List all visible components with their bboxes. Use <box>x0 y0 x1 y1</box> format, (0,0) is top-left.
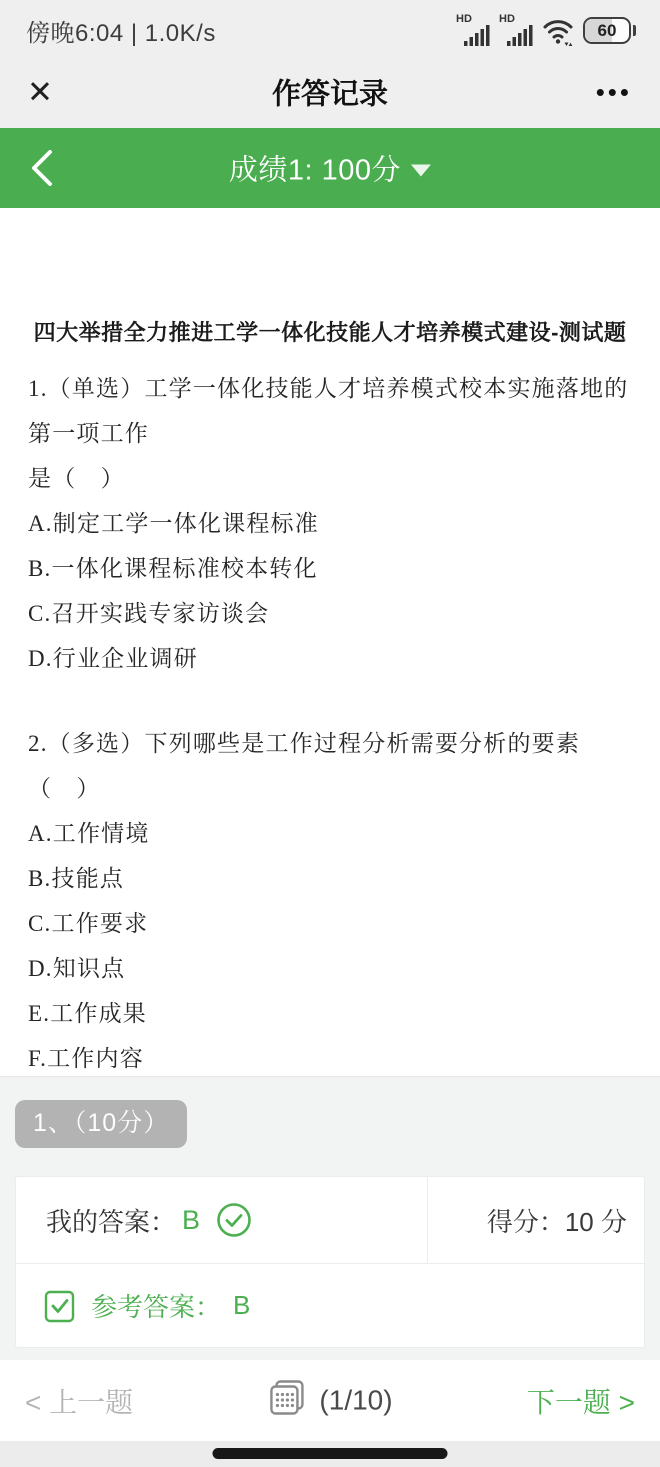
bottom-nav: < 上一题 (1/10) 下一题 > <box>0 1360 660 1441</box>
cell-signal-icon-2: HD <box>499 14 533 48</box>
answer-card-row-my-answer: 我的答案： B 得分： 10 分 <box>16 1177 644 1263</box>
my-answer-label: 我的答案： <box>46 1202 176 1239</box>
battery-tip <box>633 25 637 36</box>
more-icon[interactable]: ••• <box>596 79 632 105</box>
score-title: 成绩1: 100分 <box>229 148 401 189</box>
battery-icon: 60 <box>583 17 636 44</box>
screen: 傍晚6:04 | 1.0K/s HD HD <box>0 0 660 1467</box>
score-bar: 成绩1: 100分 <box>0 128 660 208</box>
status-icons: HD HD <box>456 14 636 48</box>
signal-bars <box>464 24 490 46</box>
question-1-option-c: C.召开实践专家访谈会 <box>28 591 632 636</box>
question-progress: (1/10) <box>319 1385 392 1417</box>
question-1-stem: 1.（单选）工学一体化技能人才培养模式校本实施落地的第一项工作 是（ ） <box>28 366 632 501</box>
my-answer-value: B <box>182 1205 200 1236</box>
score-cell: 得分： 10 分 <box>428 1177 644 1263</box>
back-icon[interactable] <box>24 148 60 188</box>
previous-question-button[interactable]: < 上一题 <box>25 1381 133 1421</box>
close-icon[interactable]: ✕ <box>18 76 62 107</box>
check-circle-icon <box>216 1202 252 1238</box>
next-question-button[interactable]: 下一题 > <box>527 1381 635 1421</box>
question-1-option-a: A.制定工学一体化课程标准 <box>28 501 632 546</box>
exam-document-scroll-area[interactable]: 四大举措全力推进工学一体化技能人才培养模式建设-测试题 1.（单选）工学一体化技… <box>0 208 660 1076</box>
page-title: 作答记录 <box>272 71 388 112</box>
question-sheet-button[interactable]: (1/10) <box>267 1377 392 1424</box>
question-2-option-d: D.知识点 <box>28 946 632 991</box>
my-answer-cell: 我的答案： B <box>16 1177 428 1263</box>
home-indicator-bar <box>213 1448 448 1459</box>
reference-answer-label: 参考答案： <box>91 1287 221 1324</box>
question-2-option-b: B.技能点 <box>28 856 632 901</box>
answer-card-row-reference: 参考答案： B <box>16 1263 644 1347</box>
question-1-option-d: D.行业企业调研 <box>28 636 632 681</box>
score-value: 10 分 <box>565 1202 627 1239</box>
exam-title: 四大举措全力推进工学一体化技能人才培养模式建设-测试题 <box>28 316 632 350</box>
answer-sheet-icon <box>267 1377 307 1424</box>
home-strip <box>0 1441 660 1467</box>
reference-answer-value: B <box>233 1290 250 1321</box>
answer-card: 我的答案： B 得分： 10 分 <box>15 1176 645 1348</box>
wifi-icon <box>542 15 574 47</box>
score-label: 得分： <box>487 1202 565 1239</box>
checkbox-checked-icon <box>44 1289 76 1323</box>
nav-bar: ✕ 作答记录 ••• <box>0 55 660 128</box>
signal-bars <box>507 24 533 46</box>
question-2-stem: 2.（多选）下列哪些是工作过程分析需要分析的要素（ ） <box>28 721 632 811</box>
question-1-option-b: B.一体化课程标准校本转化 <box>28 546 632 591</box>
battery-percent: 60 <box>585 19 629 42</box>
status-bar: 傍晚6:04 | 1.0K/s HD HD <box>0 0 660 55</box>
question-2-option-f: F.工作内容 <box>28 1036 632 1076</box>
spacer <box>28 681 632 721</box>
question-2-option-a: A.工作情境 <box>28 811 632 856</box>
status-time-speed: 傍晚6:04 | 1.0K/s <box>26 13 216 48</box>
score-dropdown-button[interactable]: 成绩1: 100分 <box>229 148 431 189</box>
cell-signal-icon: HD <box>456 14 490 48</box>
question-2-option-c: C.工作要求 <box>28 901 632 946</box>
question-2-option-e: E.工作成果 <box>28 991 632 1036</box>
question-number-badge: 1、（10分） <box>15 1100 187 1148</box>
chevron-down-icon <box>411 164 431 176</box>
